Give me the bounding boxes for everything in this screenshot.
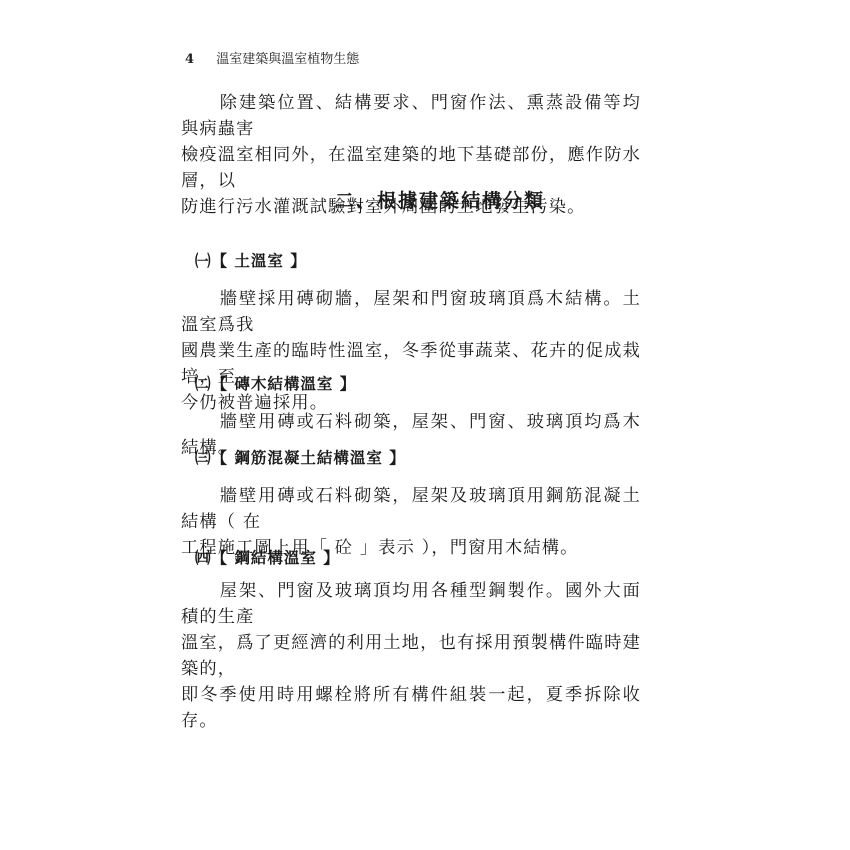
subsection-heading: ㈠【 土溫室 】 (195, 249, 307, 271)
text-line: 牆壁採用磚砌牆，屋架和門窗玻璃頂爲木結構。土溫室爲我 (181, 289, 641, 335)
text-line: 即冬季使用時用螺栓將所有構件組裝一起，夏季拆除收存。 (181, 685, 641, 731)
subsection-heading: ㈡【 磚木結構溫室 】 (195, 372, 356, 394)
text-line: 溫室，爲了更經濟的利用土地，也有採用預製構件臨時建築的， (181, 633, 641, 679)
text-line: 檢疫溫室相同外，在溫室建築的地下基礎部份，應作防水層，以 (181, 145, 641, 191)
running-header: 4 溫室建築與溫室植物生態 (185, 48, 359, 67)
subsection-paragraph: 牆壁採用磚砌牆，屋架和門窗玻璃頂爲木結構。土溫室爲我 國農業生產的臨時性溫室，冬… (181, 286, 641, 416)
section-title: 二、根據建築結構分類 (0, 186, 850, 213)
subsection-heading: ㈢【 鋼筋混凝土結構溫室 】 (195, 446, 406, 468)
subsection-paragraph: 屋架、門窗及玻璃頂均用各種型鋼製作。國外大面積的生產 溫室，爲了更經濟的利用土地… (181, 578, 641, 734)
page-number: 4 (185, 52, 194, 67)
text-line: 除建築位置、結構要求、門窗作法、熏蒸設備等均與病蟲害 (181, 93, 641, 139)
book-page: 4 溫室建築與溫室植物生態 除建築位置、結構要求、門窗作法、熏蒸設備等均與病蟲害… (0, 0, 850, 850)
subsection-heading: ㈣【 鋼結構溫室 】 (195, 546, 340, 568)
text-line: 牆壁用磚或石料砌築，屋架及玻璃頂用鋼筋混凝土結構（ 在 (181, 486, 641, 532)
text-line: 屋架、門窗及玻璃頂均用各種型鋼製作。國外大面積的生產 (181, 581, 641, 627)
running-title: 溫室建築與溫室植物生態 (216, 52, 359, 67)
